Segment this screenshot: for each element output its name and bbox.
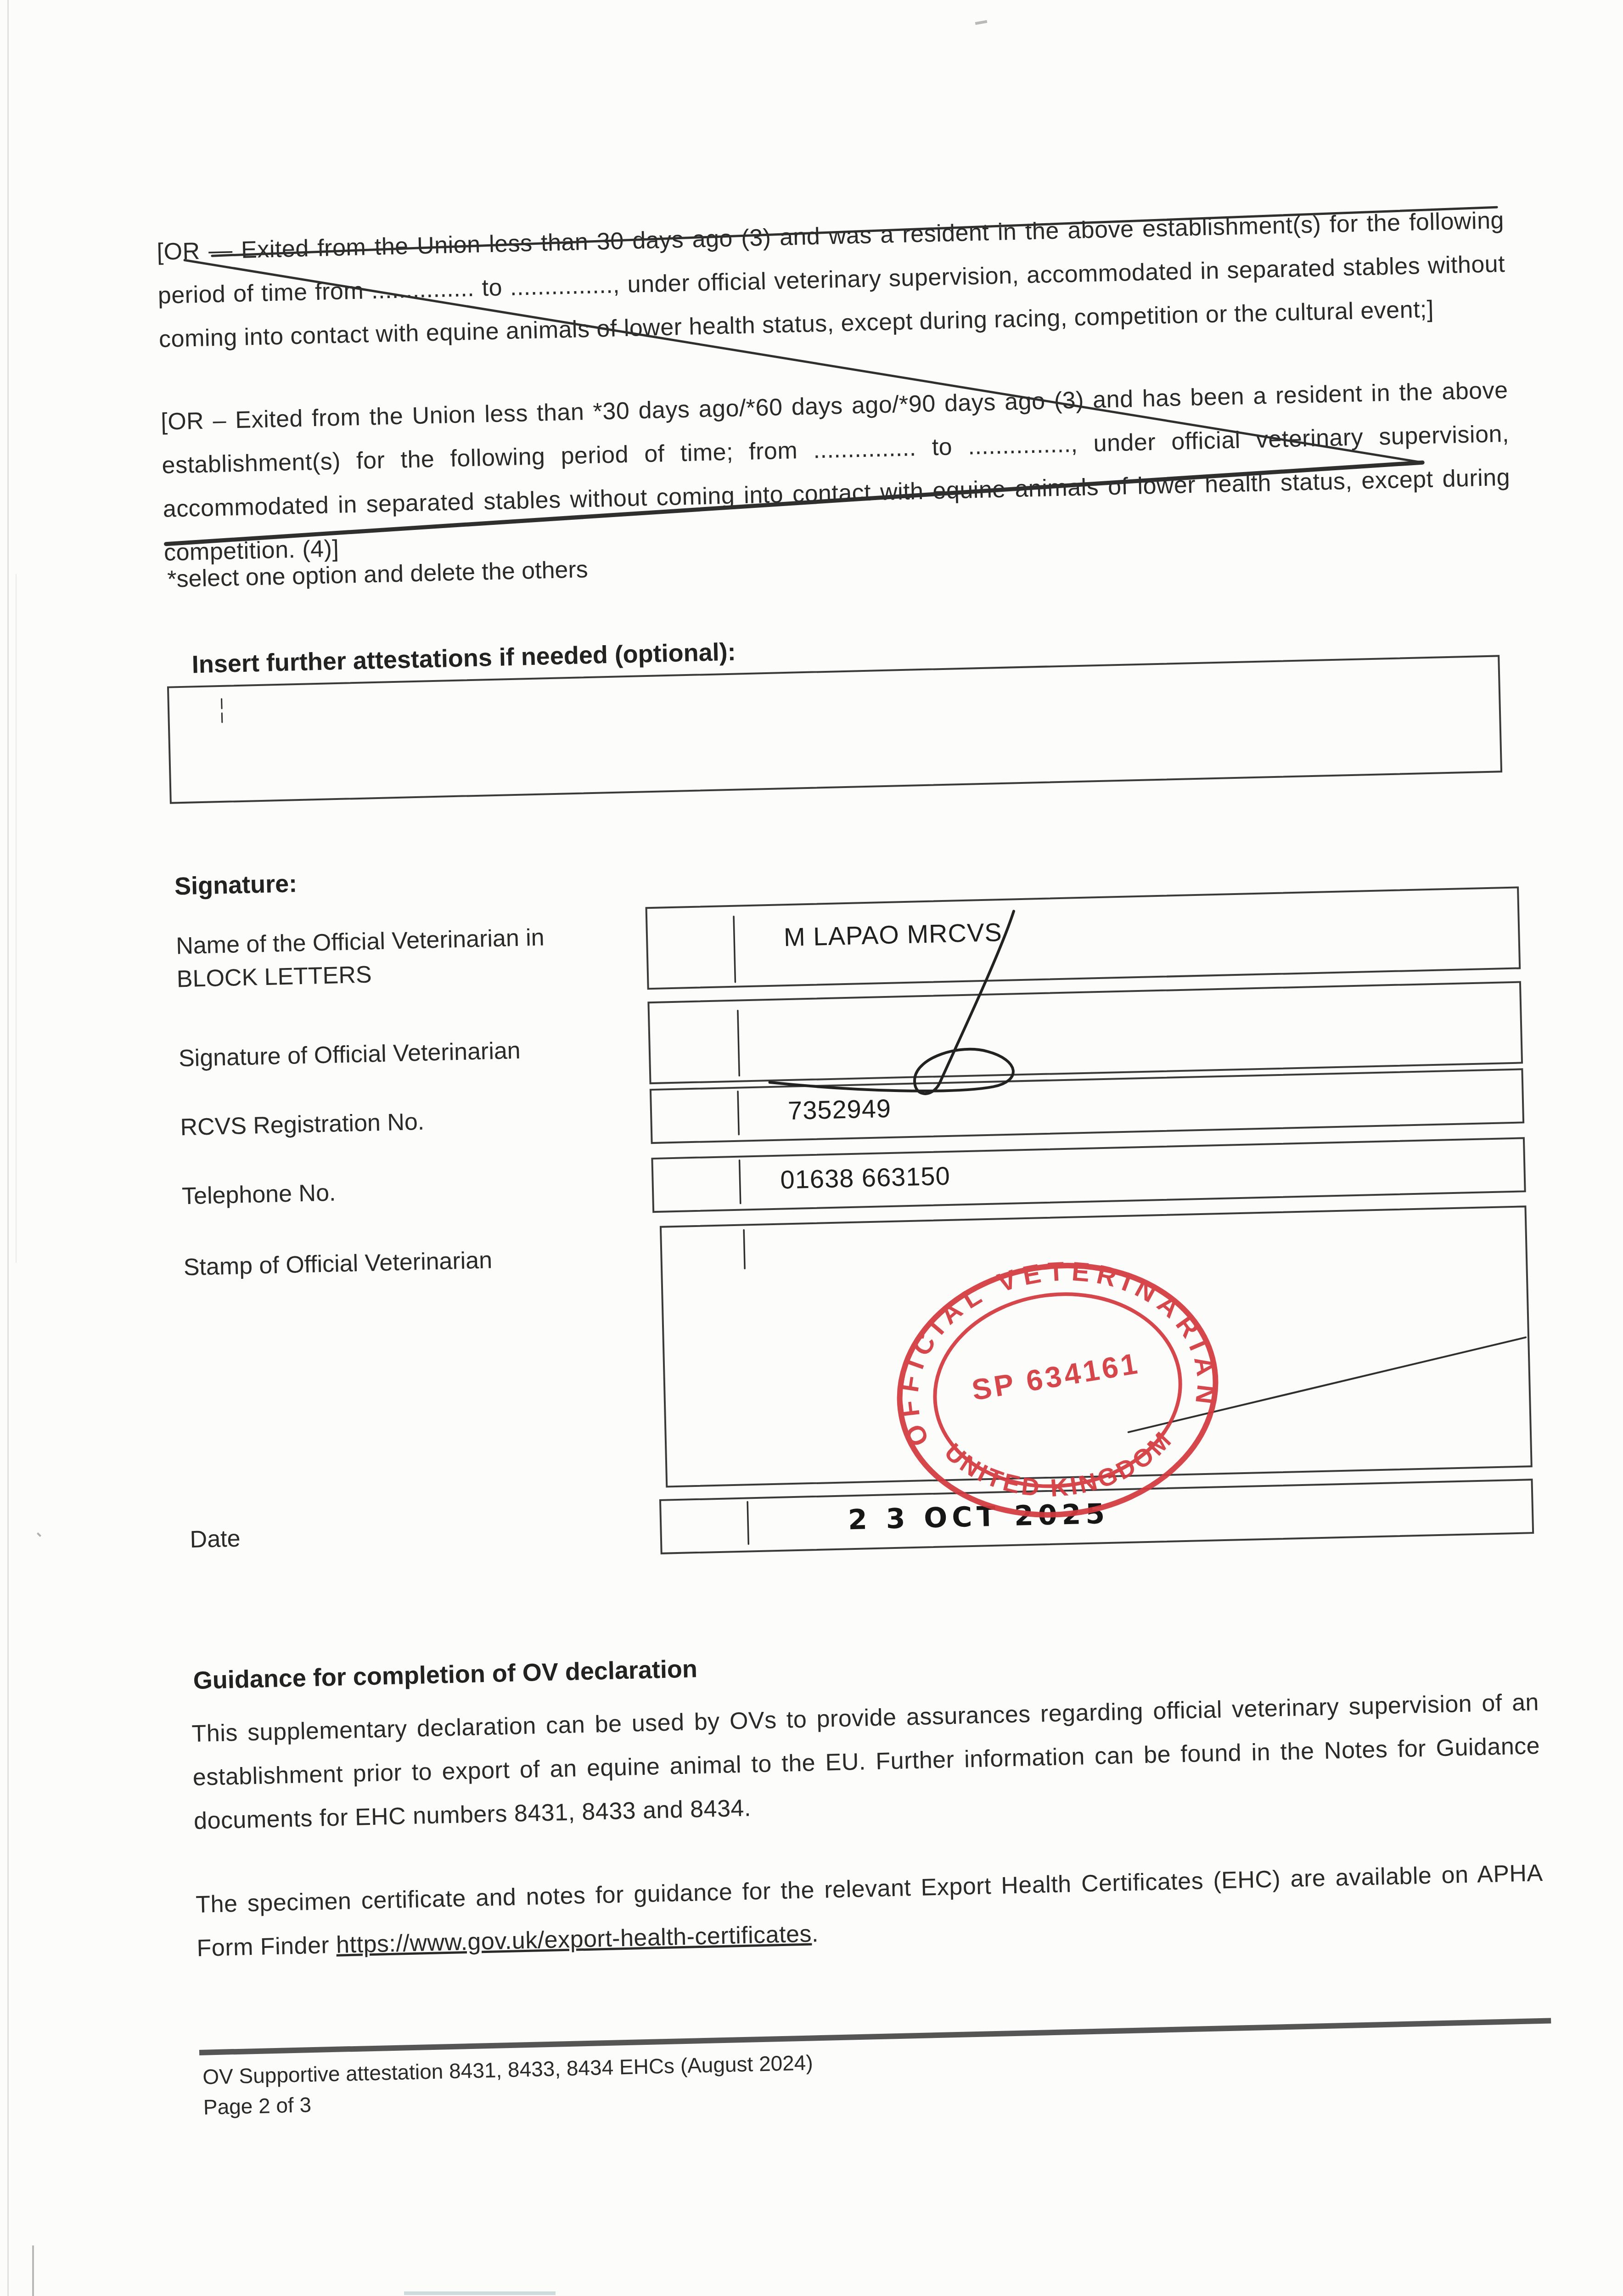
date-stamp-value: 2 3 OCT 2025 <box>848 1498 1110 1536</box>
guidance-paragraph-2-suffix: . <box>811 1920 819 1947</box>
date-label: Date <box>190 1522 241 1556</box>
scan-mark-top <box>975 20 988 25</box>
document-content: [OR — Exited from the Union less than 30… <box>156 189 1550 2195</box>
scan-mark-bottom-left <box>32 2245 34 2296</box>
scanned-document-page: [OR — Exited from the Union less than 30… <box>0 0 1623 2296</box>
guidance-paragraph-2: The specimen certificate and notes for g… <box>195 1851 1544 1970</box>
stamp-label: Stamp of Official Veterinarian <box>183 1238 735 1284</box>
attestations-box <box>167 655 1502 804</box>
footer-doc-ref: OV Supportive attestation 8431, 8433, 84… <box>202 2048 814 2091</box>
scan-mark-left <box>37 1532 41 1537</box>
ov-signature-box <box>647 981 1523 1084</box>
clause-or-2: [OR – Exited from the Union less than *3… <box>160 369 1511 575</box>
rcvs-number-label: RCVS Registration No. <box>180 1100 635 1144</box>
scan-crease-left-2 <box>16 574 17 1263</box>
guidance-paragraph-1: This supplementary declaration can be us… <box>191 1681 1542 1843</box>
export-health-certificates-link: https://www.gov.uk/export-health-certifi… <box>336 1920 812 1958</box>
scan-smudge-bottom <box>404 2291 556 2295</box>
ov-name-label: Name of the Official Veterinarian in BLO… <box>175 919 631 996</box>
ov-name-value: M LAPAO MRCVS <box>783 917 1002 952</box>
stamp-box <box>660 1205 1533 1487</box>
guidance-heading: Guidance for completion of OV declaratio… <box>193 1654 697 1695</box>
attestations-heading: Insert further attestations if needed (o… <box>191 638 736 679</box>
footer-page-number: Page 2 of 3 <box>203 2090 312 2122</box>
clause-or-1: [OR — Exited from the Union less than 30… <box>157 199 1507 361</box>
rcvs-number-value: 7352949 <box>787 1093 891 1125</box>
ov-signature-label: Signature of Official Veterinarian <box>178 1031 633 1075</box>
scan-crease-left <box>7 0 9 2296</box>
telephone-label: Telephone No. <box>181 1169 636 1213</box>
signature-heading: Signature: <box>174 869 297 900</box>
ov-name-box <box>646 886 1521 990</box>
footer-rule <box>199 2018 1551 2055</box>
telephone-value: 01638 663150 <box>780 1161 951 1195</box>
